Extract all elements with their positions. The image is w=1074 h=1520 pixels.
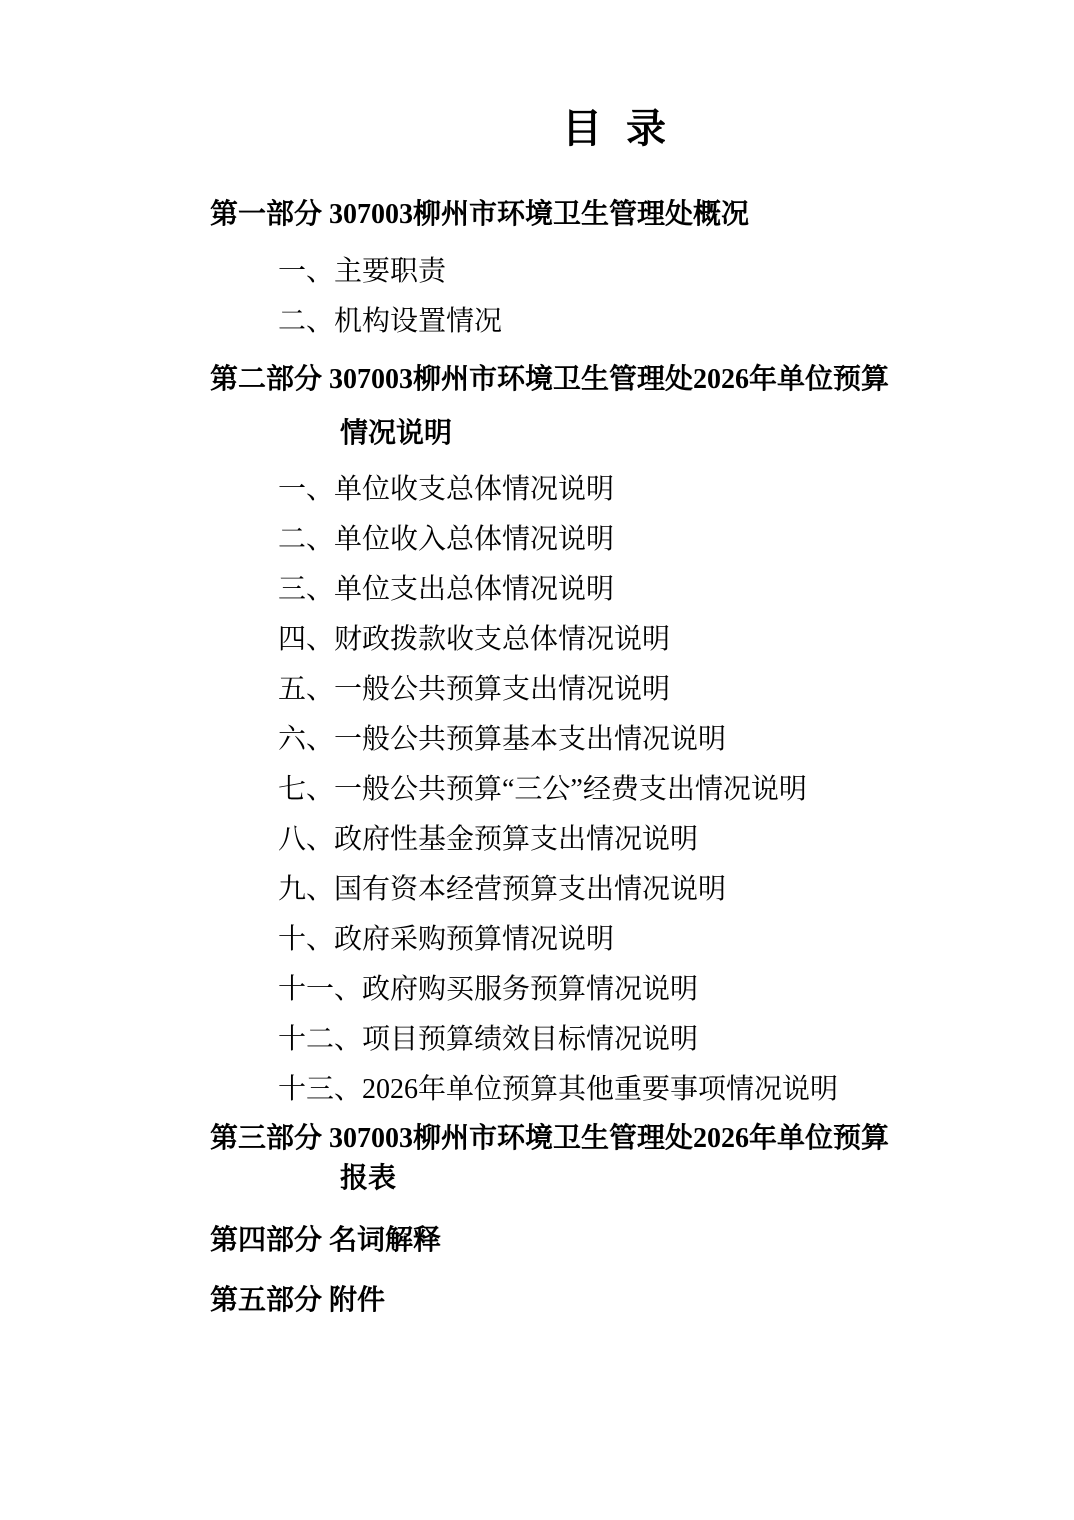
toc-item: 十一、政府购买服务预算情况说明	[210, 965, 1004, 1015]
toc-item: 七、一般公共预算“三公”经费支出情况说明	[210, 765, 1004, 815]
doc-title: 目 录	[210, 106, 1004, 152]
toc-section-part3: 第三部分 307003柳州市环境卫生管理处2026年单位预算 报表	[210, 1119, 1004, 1199]
toc-item: 五、一般公共预算支出情况说明	[210, 665, 1004, 715]
section-item-list: 一、主要职责 二、机构设置情况	[210, 247, 1004, 347]
toc-item: 六、一般公共预算基本支出情况说明	[210, 715, 1004, 765]
toc-item: 一、单位收支总体情况说明	[210, 465, 1004, 515]
toc-section-part2: 第二部分 307003柳州市环境卫生管理处2026年单位预算 情况说明 一、单位…	[210, 353, 1004, 1115]
toc-item: 十、政府采购预算情况说明	[210, 915, 1004, 965]
toc-item: 二、机构设置情况	[210, 297, 1004, 347]
toc-item: 三、单位支出总体情况说明	[210, 565, 1004, 615]
toc-section-part1: 第一部分 307003柳州市环境卫生管理处概况 一、主要职责 二、机构设置情况	[210, 188, 1004, 347]
section-item-list: 一、单位收支总体情况说明 二、单位收入总体情况说明 三、单位支出总体情况说明 四…	[210, 465, 1004, 1115]
toc-section-part4: 第四部分 名词解释	[210, 1219, 1004, 1263]
toc-section-part5: 第五部分 附件	[210, 1279, 1004, 1323]
section-heading: 第四部分 名词解释	[210, 1219, 1004, 1263]
section-heading-continuation: 报表	[210, 1159, 1004, 1199]
toc-item: 二、单位收入总体情况说明	[210, 515, 1004, 565]
section-heading-continuation: 情况说明	[210, 407, 1004, 461]
toc-item: 八、政府性基金预算支出情况说明	[210, 815, 1004, 865]
document-page: 目 录 第一部分 307003柳州市环境卫生管理处概况 一、主要职责 二、机构设…	[0, 0, 1074, 1520]
section-heading: 第三部分 307003柳州市环境卫生管理处2026年单位预算	[210, 1119, 1004, 1159]
section-heading: 第二部分 307003柳州市环境卫生管理处2026年单位预算	[210, 353, 1004, 407]
toc-item: 十二、项目预算绩效目标情况说明	[210, 1015, 1004, 1065]
toc-item: 一、主要职责	[210, 247, 1004, 297]
section-heading: 第五部分 附件	[210, 1279, 1004, 1323]
toc-item: 四、财政拨款收支总体情况说明	[210, 615, 1004, 665]
section-heading: 第一部分 307003柳州市环境卫生管理处概况	[210, 188, 1004, 242]
toc-item: 九、国有资本经营预算支出情况说明	[210, 865, 1004, 915]
toc-item: 十三、2026年单位预算其他重要事项情况说明	[210, 1065, 1004, 1115]
